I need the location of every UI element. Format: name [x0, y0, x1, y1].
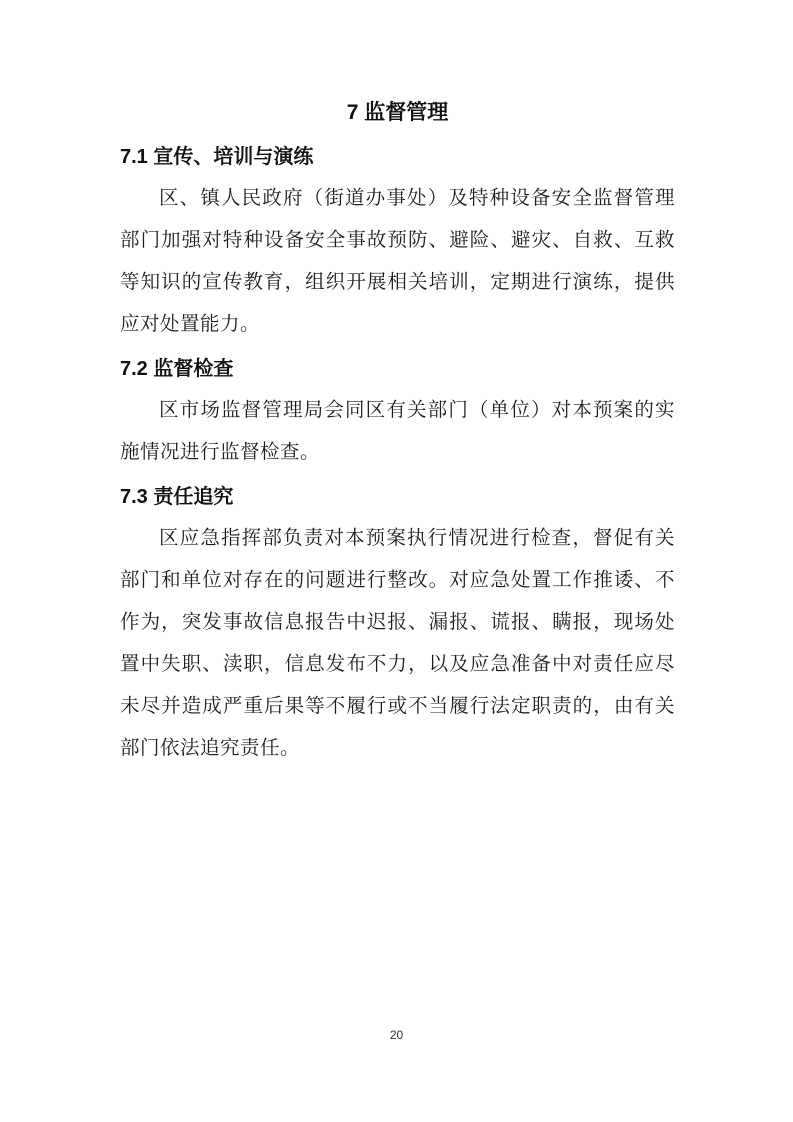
page-number: 20: [0, 1028, 793, 1042]
section-heading-7-2: 7.2 监督检查: [120, 348, 675, 390]
section-paragraph-7-2: 区市场监督管理局会同区有关部门（单位）对本预案的实施情况进行监督检查。: [120, 390, 675, 474]
section-heading-7-1: 7.1 宣传、培训与演练: [120, 136, 675, 178]
section-paragraph-7-1: 区、镇人民政府（街道办事处）及特种设备安全监督管理部门加强对特种设备安全事故预防…: [120, 178, 675, 346]
section-paragraph-7-3: 区应急指挥部负责对本预案执行情况进行检查，督促有关部门和单位对存在的问题进行整改…: [120, 518, 675, 770]
section-heading-7-3: 7.3 责任追究: [120, 476, 675, 518]
page-title: 7 监督管理: [120, 92, 675, 134]
document-page: 7 监督管理 7.1 宣传、培训与演练 区、镇人民政府（街道办事处）及特种设备安…: [0, 0, 793, 1122]
